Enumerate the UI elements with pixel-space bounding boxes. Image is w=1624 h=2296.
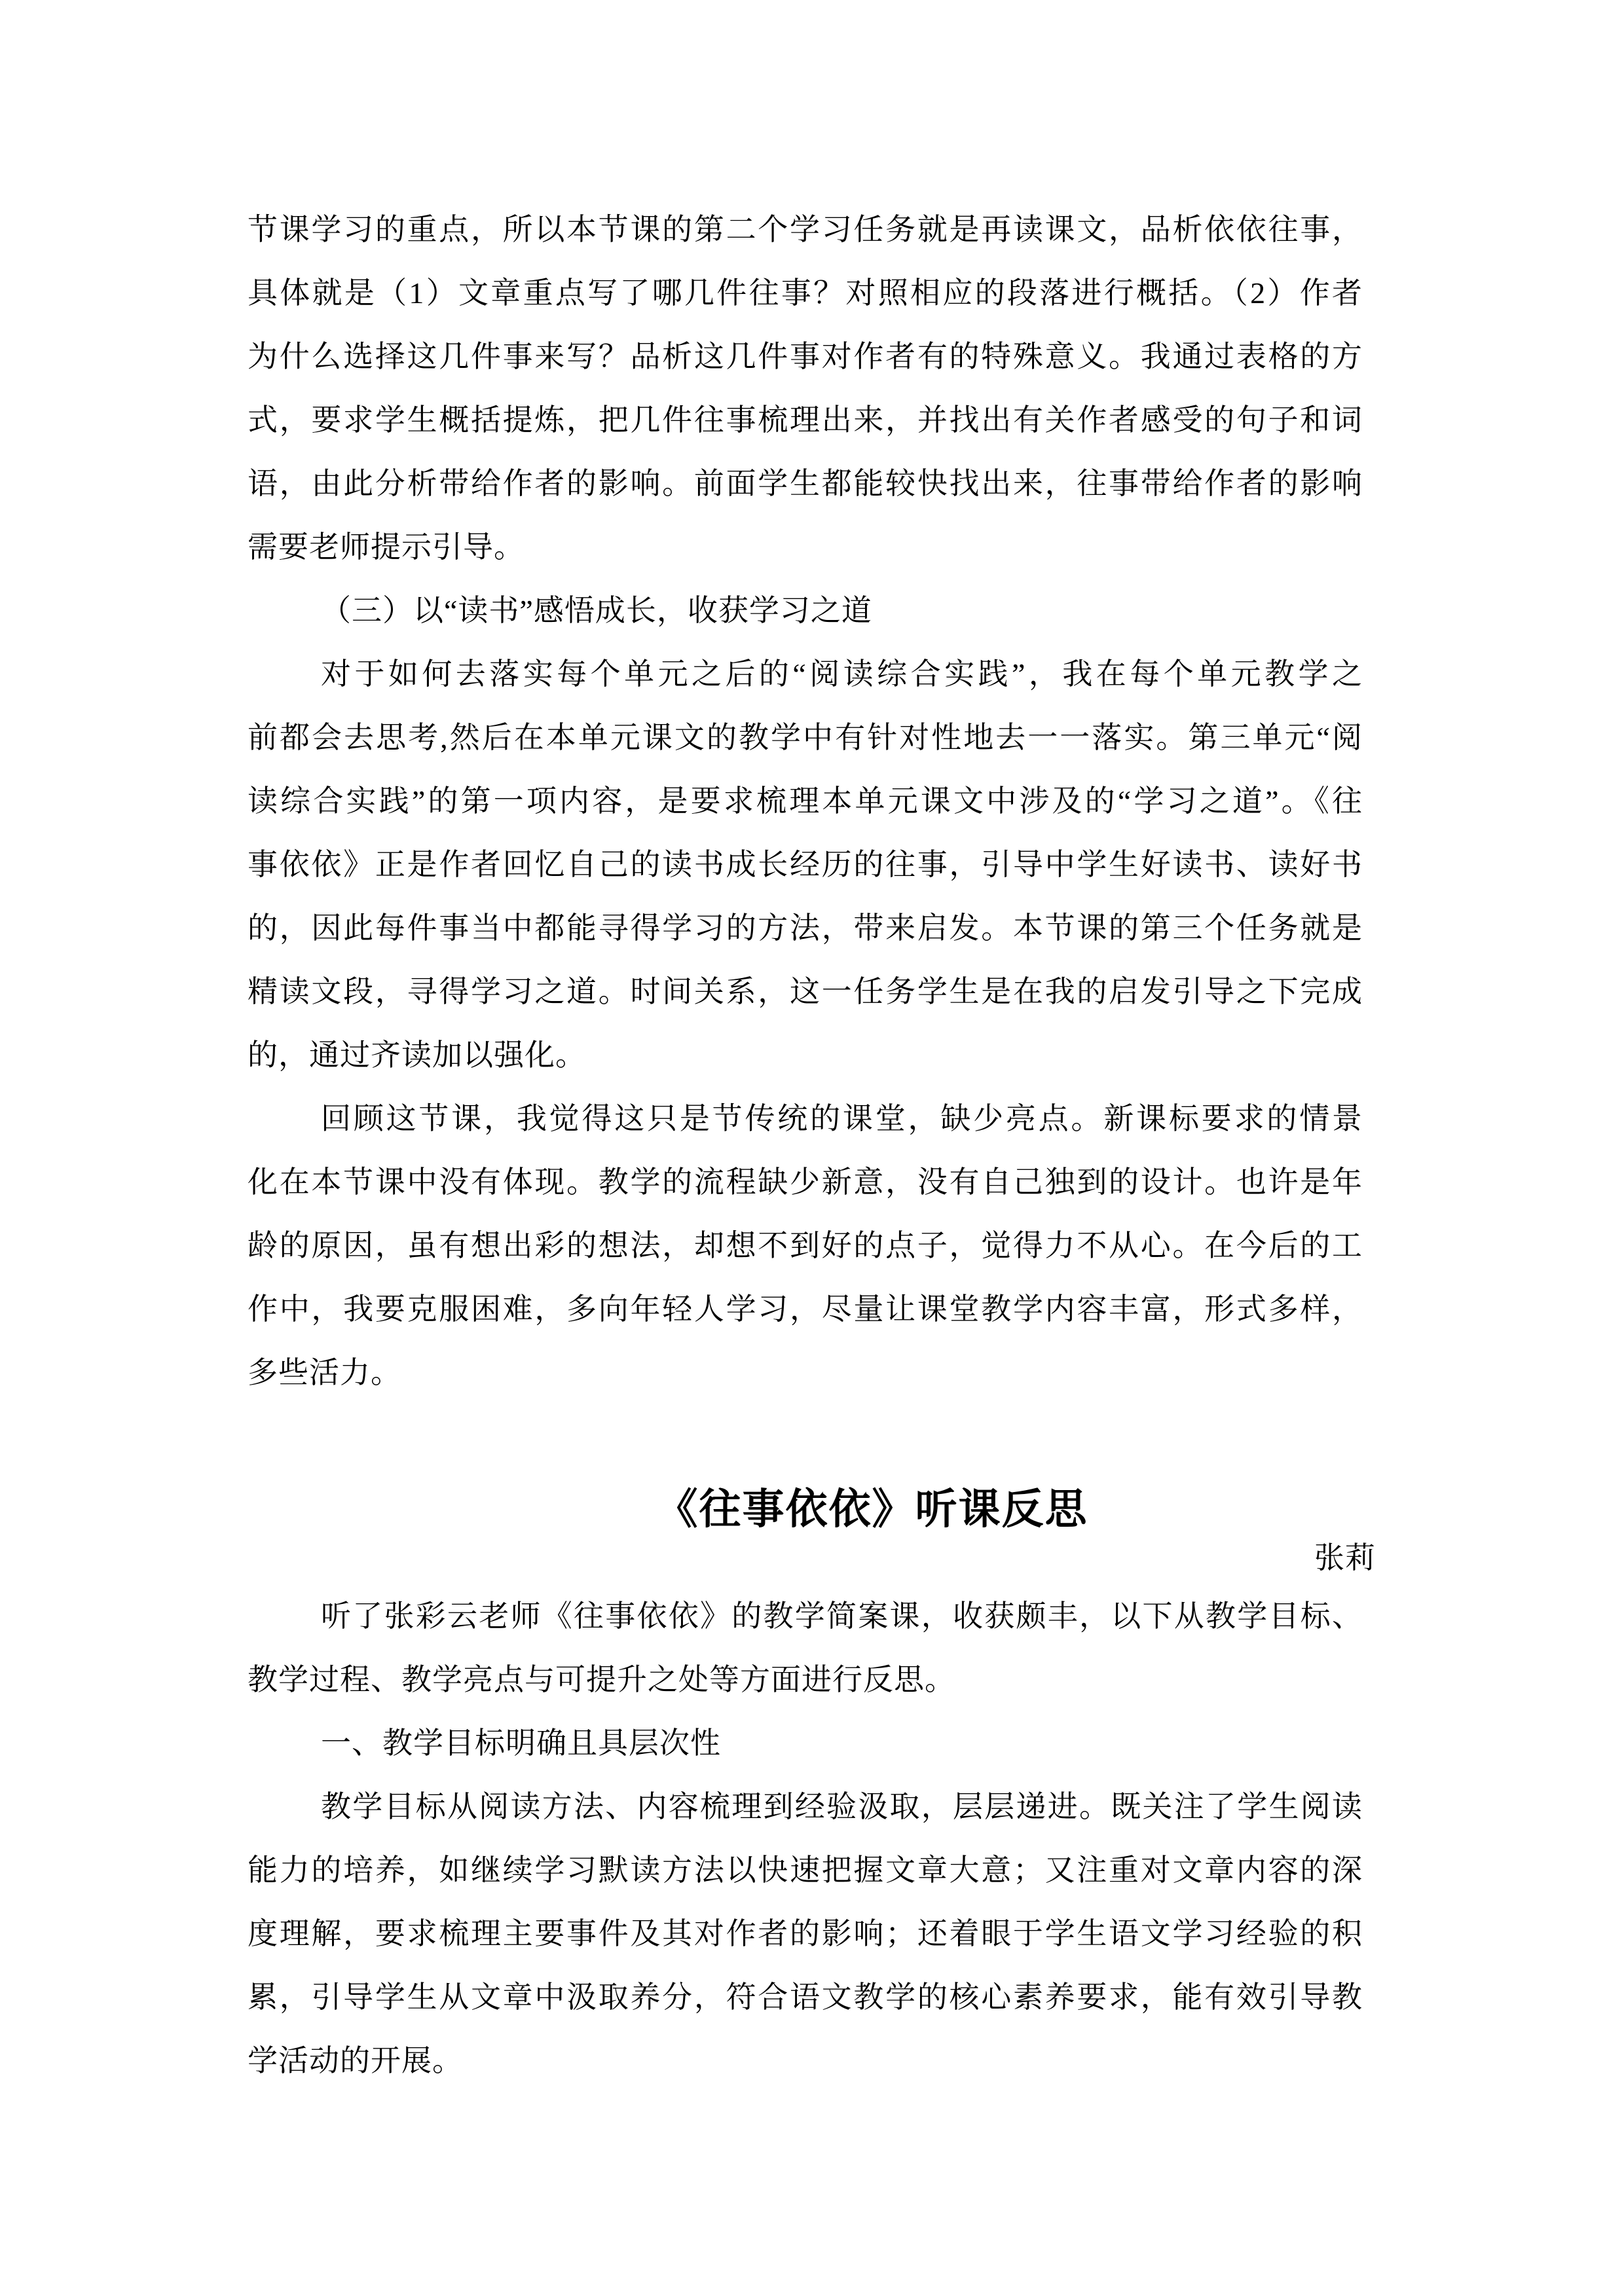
text-line: （三）以“读书”感悟成长，收获学习之道 — [248, 579, 1363, 642]
text-line: 度理解，要求梳理主要事件及其对作者的影响；还着眼于学生语文学习经验的积 — [248, 1902, 1363, 1965]
text-line: 精读文段，寻得学习之道。时间关系，这一任务学生是在我的启发引导之下完成 — [248, 960, 1363, 1023]
text-line: 事依依》正是作者回忆自己的读书成长经历的往事，引导中学生好读书、读好书 — [248, 833, 1363, 896]
text-line: 的，因此每件事当中都能寻得学习的方法，带来启发。本节课的第三个任务就是 — [248, 896, 1363, 960]
text-line: 化在本节课中没有体现。教学的流程缺少新意，没有自己独到的设计。也许是年 — [248, 1150, 1363, 1214]
text-line: 累，引导学生从文章中汲取养分，符合语文教学的核心素养要求，能有效引导教 — [248, 1965, 1363, 2029]
text-line: 读综合实践”的第一项内容，是要求梳理本单元课文中涉及的“学习之道”。《往 — [248, 769, 1363, 833]
text-line: 式，要求学生概括提炼，把几件往事梳理出来，并找出有关作者感受的句子和词 — [248, 388, 1363, 452]
author-name: 张莉 — [248, 1539, 1376, 1578]
text-line: 作中，我要克服困难，多向年轻人学习，尽量让课堂教学内容丰富，形式多样， — [248, 1277, 1363, 1341]
text-line: 教学目标从阅读方法、内容梳理到经验汲取，层层递进。既关注了学生阅读 — [248, 1775, 1363, 1838]
document-title: 《往事依依》听课反思 — [248, 1484, 1363, 1535]
text-line: 语，由此分析带给作者的影响。前面学生都能较快找出来，往事带给作者的影响 — [248, 452, 1363, 515]
reflection-text-part2: 听了张彩云老师《往事依依》的教学简案课，收获颇丰，以下从教学目标、教学过程、教学… — [248, 1584, 1363, 2092]
text-line: 多些活力。 — [248, 1341, 1363, 1404]
text-line: 节课学习的重点，所以本节课的第二个学习任务就是再读课文，品析依依往事， — [248, 198, 1363, 261]
text-line: 龄的原因，虽有想出彩的想法，却想不到好的点子，觉得力不从心。在今后的工 — [248, 1214, 1363, 1277]
text-line: 听了张彩云老师《往事依依》的教学简案课，收获颇丰，以下从教学目标、 — [248, 1584, 1363, 1648]
document-content: 节课学习的重点，所以本节课的第二个学习任务就是再读课文，品析依依往事，具体就是（… — [248, 198, 1363, 2092]
text-line: 前都会去思考,然后在本单元课文的教学中有针对性地去一一落实。第三单元“阅 — [248, 706, 1363, 769]
reflection-text-part1: 节课学习的重点，所以本节课的第二个学习任务就是再读课文，品析依依往事，具体就是（… — [248, 198, 1363, 1404]
text-line: 的，通过齐读加以强化。 — [248, 1023, 1363, 1087]
text-line: 对于如何去落实每个单元之后的“阅读综合实践”，我在每个单元教学之 — [248, 642, 1363, 706]
text-line: 需要老师提示引导。 — [248, 515, 1363, 579]
text-line: 为什么选择这几件事来写？品析这几件事对作者有的特殊意义。我通过表格的方 — [248, 325, 1363, 388]
text-line: 教学过程、教学亮点与可提升之处等方面进行反思。 — [248, 1648, 1363, 1711]
text-line: 能力的培养，如继续学习默读方法以快速把握文章大意；又注重对文章内容的深 — [248, 1838, 1363, 1902]
document-page: 节课学习的重点，所以本节课的第二个学习任务就是再读课文，品析依依往事，具体就是（… — [0, 0, 1624, 2296]
text-line: 一、教学目标明确且具层次性 — [248, 1711, 1363, 1775]
text-line: 具体就是（1）文章重点写了哪几件往事？对照相应的段落进行概括。（2）作者 — [248, 261, 1363, 325]
text-line: 回顾这节课，我觉得这只是节传统的课堂，缺少亮点。新课标要求的情景 — [248, 1087, 1363, 1150]
text-line: 学活动的开展。 — [248, 2029, 1363, 2092]
